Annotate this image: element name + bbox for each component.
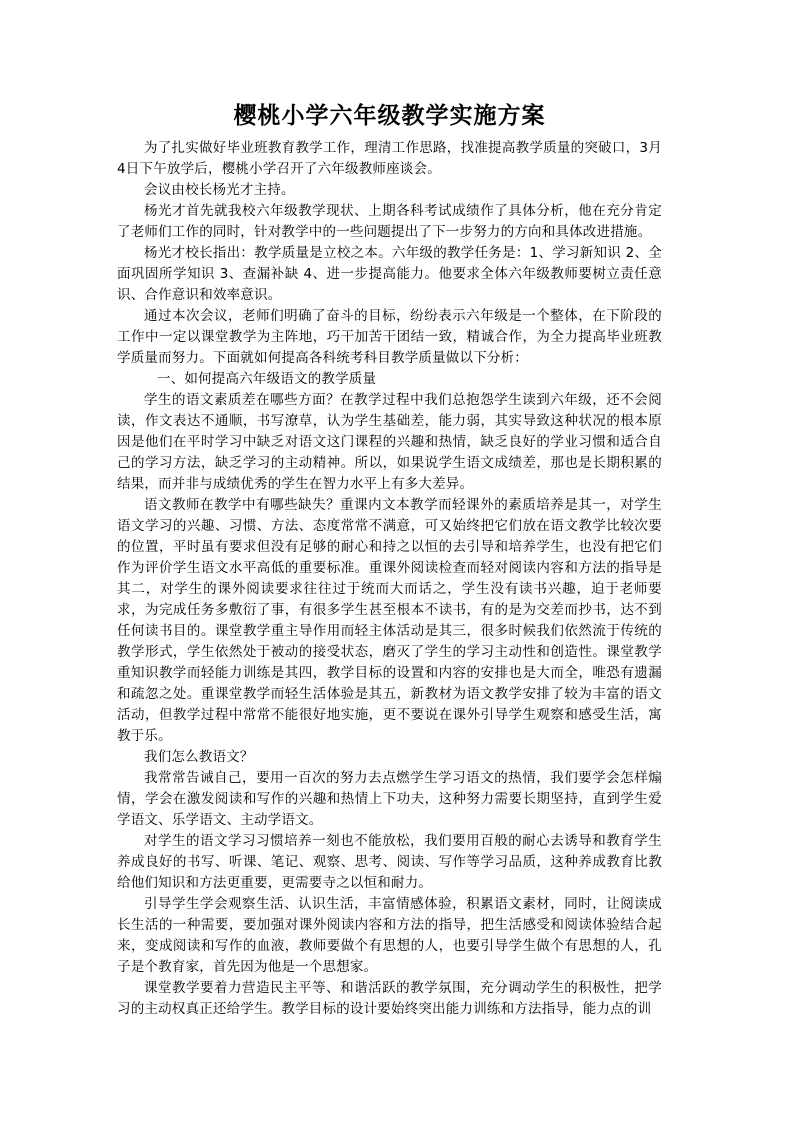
paragraph-student-weakness: 学生的语文素质差在哪些方面？在教学过程中我们总抱怨学生读到六年级，还不会阅读，作…	[117, 390, 662, 495]
paragraph-intro: 为了扎实做好毕业班教育教学工作，理清工作思路，找准提高教学质量的突破口，3月4日…	[117, 138, 662, 180]
paragraph-meeting-outcome: 通过本次会议，老师们明确了奋斗的目标，纷纷表示六年级是一个整体，在下阶段的工作中…	[117, 306, 662, 369]
paragraph-observe-life: 引导学生学会观察生活、认识生活，丰富情感体验，积累语文素材，同时，让阅读成长生活…	[117, 894, 662, 978]
paragraph-principal-points: 杨光才校长指出：教学质量是立校之本。六年级的教学任务是：1、学习新知识 2、全面…	[117, 243, 662, 306]
paragraph-host: 会议由校长杨光才主持。	[117, 180, 662, 201]
subheading-how-to-teach: 我们怎么教语文？	[117, 747, 662, 768]
paragraph-inspire-passion: 我常常告诫自己，要用一百次的努力去点燃学生学习语文的热情，我们要学会怎样煽情，学…	[117, 768, 662, 831]
paragraph-teacher-shortcomings: 语文教师在教学中有哪些缺失？重课内文本教学而轻课外的素质培养是其一，对学生语文学…	[117, 495, 662, 747]
document-page: 樱桃小学六年级教学实施方案 为了扎实做好毕业班教育教学工作，理清工作思路，找准提…	[117, 100, 662, 1020]
paragraph-analysis: 杨光才首先就我校六年级教学现状、上期各科考试成绩作了具体分析，他在充分肯定了老师…	[117, 201, 662, 243]
paragraph-classroom-teaching: 课堂教学要着力营造民主平等、和谐活跃的教学氛围，充分调动学生的积极性，把学习的主…	[117, 978, 662, 1020]
paragraph-habit-training: 对学生的语文学习习惯培养一刻也不能放松，我们要用百般的耐心去诱导和教育学生养成良…	[117, 831, 662, 894]
document-title: 樱桃小学六年级教学实施方案	[117, 100, 662, 132]
section-heading-chinese: 一、如何提高六年级语文的教学质量	[117, 369, 662, 390]
